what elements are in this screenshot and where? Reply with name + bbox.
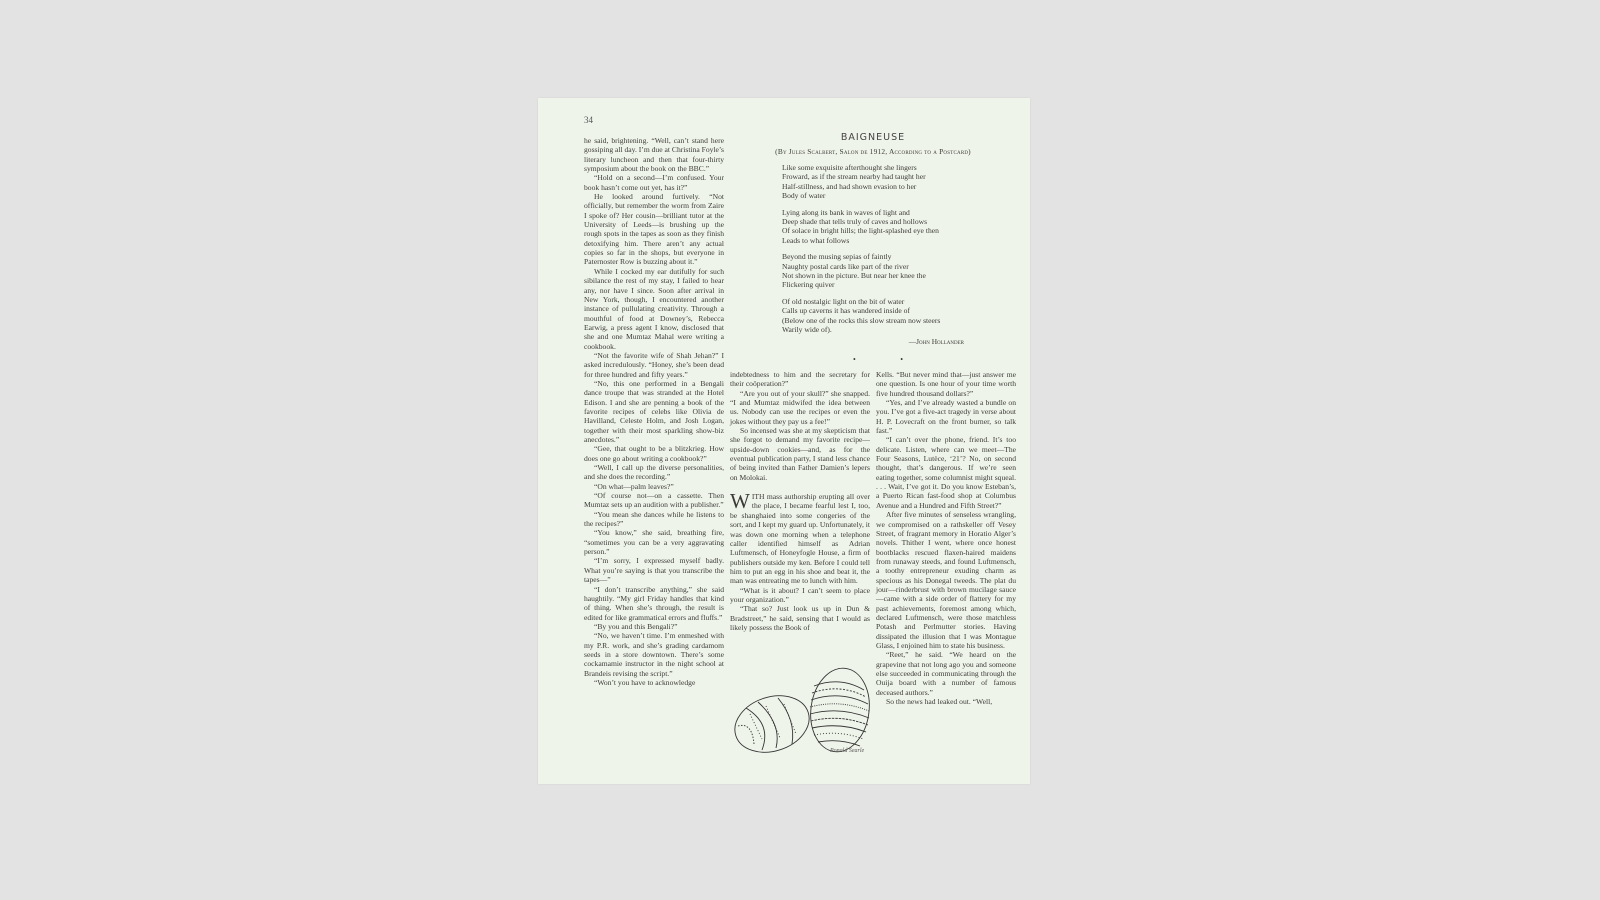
paragraph-text: “Yes, and I’ve already wasted a bundle o… [876,398,1016,435]
text-column-3: Kells. “But never mind that—just answer … [876,370,1016,706]
paragraph: “You know,” she said, breathing fire, “s… [584,528,724,556]
paragraph: “I don’t transcribe anything,” she said … [584,585,724,622]
paragraph-text: “Gee, that ought to be a blitzkrieg. How… [584,444,724,462]
poem-line: Deep shade that tells truly of caves and… [782,217,1016,226]
paragraph-text: So incensed was she at my skepticism tha… [730,426,870,482]
paragraph-text: indebtedness to him and the secretary fo… [730,370,870,388]
paragraph: After five minutes of senseless wranglin… [876,510,1016,650]
separator-dot: • [853,355,856,364]
paragraph: “Reet,” he said. “We heard on the grapev… [876,650,1016,697]
poem-line: Leads to what follows [782,236,1016,245]
paragraph-text: he said, brightening. “Well, can’t stand… [584,136,724,173]
paragraph: WITH mass authorship erupting all over t… [730,492,870,585]
paragraph-text: “I’m sorry, I expressed myself badly. Wh… [584,556,724,584]
poem-author: —John Hollander [730,337,1016,346]
paragraph-text: “I can’t over the phone, friend. It’s to… [876,435,1016,509]
paragraph-text: After five minutes of senseless wranglin… [876,510,1016,650]
poem-line: Of old nostalgic light on the bit of wat… [782,297,1016,306]
poem-line: Half-stillness, and had shown evasion to… [782,182,1016,191]
poem-line: Lying along its bank in waves of light a… [782,208,1016,217]
paragraph-text: “Reet,” he said. “We heard on the grapev… [876,650,1016,696]
paragraph: he said, brightening. “Well, can’t stand… [584,136,724,173]
paragraph: “Hold on a second—I’m confused. Your boo… [584,173,724,192]
poem: BAIGNEUSE (By Jules Scalbert, Salon de 1… [730,132,1016,346]
poem-stanza: Lying along its bank in waves of light a… [782,208,1016,246]
drop-cap: W [730,493,750,510]
page-number: 34 [584,115,593,125]
paragraph-text: He looked around furtively. “Not officia… [584,192,724,266]
paragraph-text: “On what—palm leaves?” [594,482,674,491]
paragraph: “No, this one performed in a Bengali dan… [584,379,724,444]
paragraph-text: “What is it about? I can’t seem to place… [730,586,870,604]
poem-line: Flickering quiver [782,280,1016,289]
paragraph-text: “Hold on a second—I’m confused. Your boo… [584,173,724,191]
paragraph-text: So the news had leaked out. “Well, [886,697,992,706]
paragraph-text: “You know,” she said, breathing fire, “s… [584,528,724,556]
paragraph: So incensed was she at my skepticism tha… [730,426,870,482]
paragraph: So the news had leaked out. “Well, [876,697,1016,706]
paragraph-text: “That so? Just look us up in Dun & Brads… [730,604,870,632]
poem-line: Beyond the musing sepias of faintly [782,252,1016,261]
paragraph-text: “I don’t transcribe anything,” she said … [584,585,724,622]
separator-dot: • [900,355,903,364]
paragraph: “On what—palm leaves?” [584,482,724,491]
section-separator: • • [853,355,903,364]
paragraph-text: “Of course not—on a cassette. Then Mumta… [584,491,724,509]
paragraph-text: “No, we haven’t time. I’m enmeshed with … [584,631,724,677]
magazine-page: 34 he said, brightening. “Well, can’t st… [538,98,1030,784]
poem-title: BAIGNEUSE [730,132,1016,143]
text-column-2: indebtedness to him and the secretary fo… [730,370,870,632]
poem-subtitle: (By Jules Scalbert, Salon de 1912, Accor… [730,147,1016,156]
paragraph-text: “You mean she dances while he listens to… [584,510,724,528]
paragraph: “You mean she dances while he listens to… [584,510,724,529]
paragraph: “Well, I call up the diverse personaliti… [584,463,724,482]
poem-line: Calls up caverns it has wandered inside … [782,306,1016,315]
paragraph: “Of course not—on a cassette. Then Mumta… [584,491,724,510]
paragraph-text: ITH mass authorship erupting all over th… [730,492,870,585]
poem-stanza: Like some exquisite afterthought she lin… [782,163,1016,201]
paragraph: He looked around furtively. “Not officia… [584,192,724,267]
poem-stanzas: Like some exquisite afterthought she lin… [730,163,1016,335]
paragraph-text: “By you and this Bengali?” [594,622,678,631]
paragraph-text: “No, this one performed in a Bengali dan… [584,379,724,444]
paragraph: “No, we haven’t time. I’m enmeshed with … [584,631,724,678]
paragraph: indebtedness to him and the secretary fo… [730,370,870,389]
paragraph: “Won’t you have to acknowledge [584,678,724,687]
paragraph: “Gee, that ought to be a blitzkrieg. How… [584,444,724,463]
paragraph-text: “Well, I call up the diverse personaliti… [584,463,724,481]
paragraph-text: While I cocked my ear dutifully for such… [584,267,724,351]
poem-line: (Below one of the rocks this slow stream… [782,316,1016,325]
paragraph-text: Kells. “But never mind that—just answer … [876,370,1016,398]
poem-line: Warily wide of). [782,325,1016,334]
paragraph-text: “Won’t you have to acknowledge [594,678,695,687]
paragraph: “Yes, and I’ve already wasted a bundle o… [876,398,1016,435]
poem-line: Froward, as if the stream nearby had tau… [782,172,1016,181]
poem-line: Like some exquisite afterthought she lin… [782,163,1016,172]
paragraph: “That so? Just look us up in Dun & Brads… [730,604,870,632]
poem-stanza: Of old nostalgic light on the bit of wat… [782,297,1016,335]
poem-line: Of solace in bright hills; the light-spl… [782,226,1016,235]
poem-line: Naughty postal cards like part of the ri… [782,262,1016,271]
paragraph: “Are you out of your skull?” she snapped… [730,389,870,426]
poem-stanza: Beyond the musing sepias of faintlyNaugh… [782,252,1016,290]
paragraph: “I can’t over the phone, friend. It’s to… [876,435,1016,510]
poem-line: Body of water [782,191,1016,200]
paragraph: “What is it about? I can’t seem to place… [730,586,870,605]
paragraph: “By you and this Bengali?” [584,622,724,631]
illustrator-signature: Ronald Searle [830,748,864,754]
paragraph-text: “Not the favorite wife of Shah Jehan?” I… [584,351,724,379]
paragraph-text: “Are you out of your skull?” she snapped… [730,389,870,426]
poem-line: Not shown in the picture. But near her k… [782,271,1016,280]
paragraph: While I cocked my ear dutifully for such… [584,267,724,351]
text-column-1: he said, brightening. “Well, can’t stand… [584,136,724,687]
paragraph: “I’m sorry, I expressed myself badly. Wh… [584,556,724,584]
paragraph: “Not the favorite wife of Shah Jehan?” I… [584,351,724,379]
paragraph: Kells. “But never mind that—just answer … [876,370,1016,398]
